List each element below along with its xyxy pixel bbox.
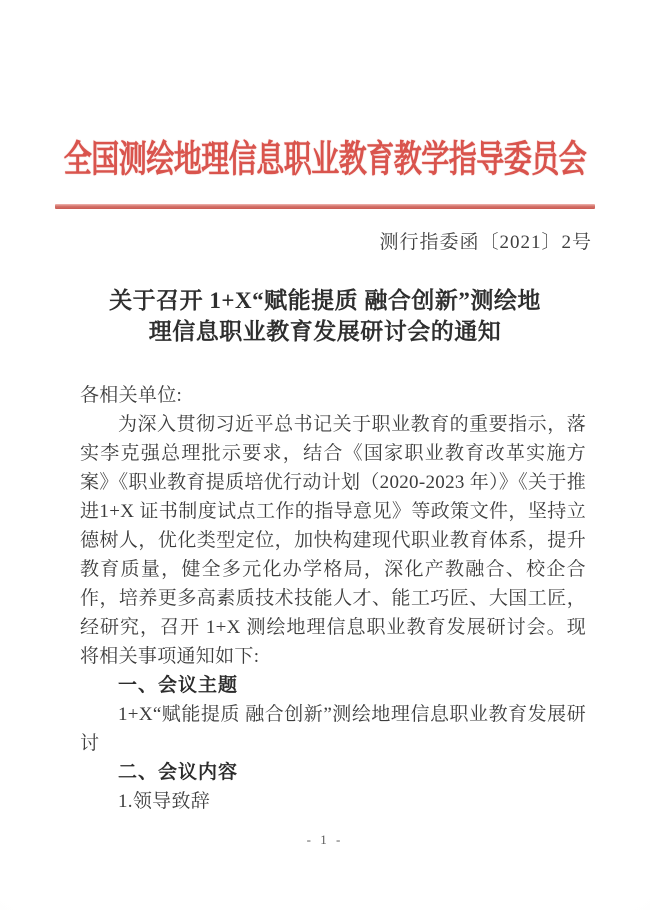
intro-paragraph: 为深入贯彻习近平总书记关于职业教育的重要指示，落实李克强总理批示要求，结合《国家… <box>80 410 586 671</box>
letterhead-divider-rule <box>55 204 595 209</box>
notice-body: 各相关单位: 为深入贯彻习近平总书记关于职业教育的重要指示，落实李克强总理批示要… <box>80 381 586 816</box>
scanned-notice-page: 全国测绘地理信息职业教育教学指导委员会 测行指委函〔2021〕2号 关于召开 1… <box>0 0 650 910</box>
section-1-body: 1+X“赋能提质 融合创新”测绘地理信息职业教育发展研讨 <box>80 700 586 758</box>
section-heading-1: 一、会议主题 <box>80 671 586 700</box>
section-heading-2: 二、会议内容 <box>80 758 586 787</box>
notice-title-line2: 理信息职业教育发展研讨会的通知 <box>149 319 502 344</box>
notice-title-line1: 关于召开 1+X“赋能提质 融合创新”测绘地 <box>109 288 541 313</box>
notice-title: 关于召开 1+X“赋能提质 融合创新”测绘地理信息职业教育发展研讨会的通知 <box>55 285 595 347</box>
letterhead-organization: 全国测绘地理信息职业教育教学指导委员会 <box>55 135 595 188</box>
section-2-item-1: 1.领导致辞 <box>80 787 586 816</box>
page-footer: - 1 - <box>0 832 650 848</box>
page-number: - 1 - <box>307 832 344 847</box>
salutation: 各相关单位: <box>80 381 586 410</box>
document-number: 测行指委函〔2021〕2号 <box>0 231 592 255</box>
